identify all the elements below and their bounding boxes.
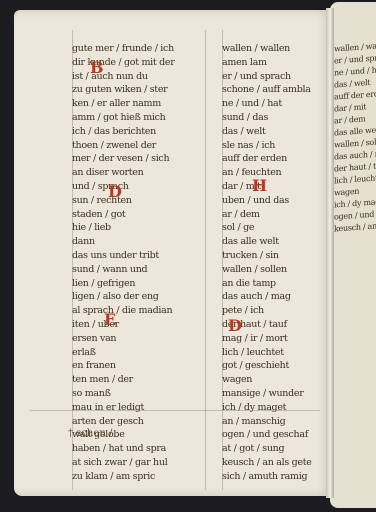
red-initial: B (90, 58, 104, 77)
right-text-column: wallen / wallenamen lamer / und sprachsc… (222, 42, 332, 484)
marginal-note: † schon / (68, 428, 112, 439)
left-text-column: gute mer / frunde / ichdir kunde / got m… (72, 42, 207, 484)
red-initial: H (252, 176, 267, 195)
red-initial: D (108, 182, 122, 201)
red-initial: E (104, 310, 116, 329)
facing-page-text: wallen / wallener / und sprachne / und /… (334, 41, 376, 236)
red-initial: D (228, 316, 242, 335)
